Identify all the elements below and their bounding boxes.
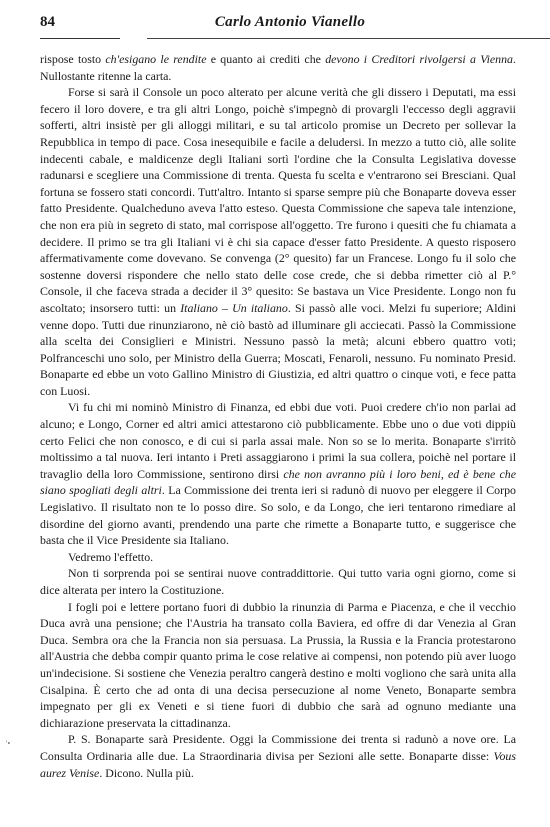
text-run: Vedremo l'effetto. [68,550,153,564]
paragraph: Vi fu chi mi nominò Ministro di Finanza,… [40,399,516,548]
text-run: Non ti sorprenda poi se sentirai nuove c… [40,566,516,597]
italic-text: Italiano – Un italiano [180,301,288,315]
text-run: . Si passò alle voci. Melzi fu superiore… [40,301,516,398]
text-run: P. S. Bonaparte sarà Presidente. Oggi la… [40,732,516,763]
paragraph: Non ti sorprenda poi se sentirai nuove c… [40,565,516,598]
book-page: 84 Carlo Antonio Vianello rispose tosto … [0,0,550,827]
paragraph: Vedremo l'effetto. [40,549,516,566]
text-run: I fogli poi e lettere portano fuori di d… [40,600,516,730]
text-run: Forse si sarà il Console un poco alterat… [40,85,516,315]
paragraph: rispose tosto ch'esigano le rendite e qu… [40,51,516,84]
running-head: Carlo Antonio Vianello [40,14,510,31]
italic-text: devono i Creditori rivolgersi a Vienna [325,52,513,66]
margin-speck: '• [6,739,10,748]
paragraph: Forse si sarà il Console un poco alterat… [40,84,516,399]
paragraph: I fogli poi e lettere portano fuori di d… [40,599,516,732]
page-header: 84 Carlo Antonio Vianello [40,14,510,36]
italic-text: ch'esigano le rendite [105,52,206,66]
text-run: rispose tosto [40,52,105,66]
header-rule-right [147,38,550,39]
body-text: rispose tosto ch'esigano le rendite e qu… [40,51,516,781]
header-rule-left [40,38,120,39]
text-run: . Dicono. Nulla più. [99,766,193,780]
paragraph: P. S. Bonaparte sarà Presidente. Oggi la… [40,731,516,781]
text-run: e quanto ai crediti che [206,52,325,66]
